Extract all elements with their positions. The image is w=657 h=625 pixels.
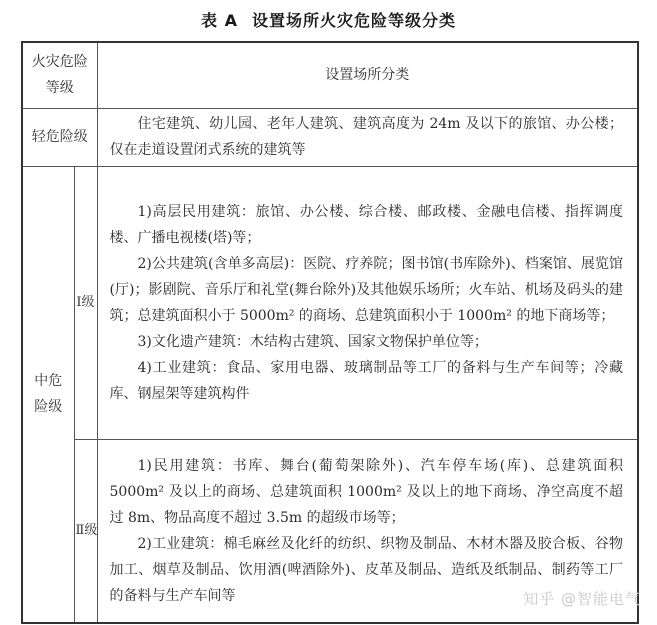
table-number: 表 A [201, 11, 238, 30]
level-light: 轻危险级 [22, 108, 97, 166]
table-row-light: 轻危险级 住宅建筑、幼儿园、老年人建筑、建筑高度为 24m 及以下的旅馆、办公楼… [22, 108, 638, 166]
grade-1: Ⅰ级 [74, 166, 97, 439]
header-level-line2: 等级 [24, 75, 96, 101]
level-medium: 中危 险级 [22, 166, 74, 623]
content-text: 住宅建筑、幼儿园、老年人建筑、建筑高度为 24m 及以下的旅馆、办公楼；仅在走道… [110, 111, 624, 163]
grade-1-label: Ⅰ级 [76, 295, 94, 310]
table-caption: 表 A设置场所火灾危险等级分类 [0, 8, 657, 31]
table-row-medium-1: 中危 险级 Ⅰ级 1)高层民用建筑：旅馆、办公楼、综合楼、邮政楼、金融电信楼、指… [22, 166, 638, 439]
content-light: 住宅建筑、幼儿园、老年人建筑、建筑高度为 24m 及以下的旅馆、办公楼；仅在走道… [97, 108, 638, 166]
list-item: 3)文化遗产建筑：木结构古建筑、国家文物保护单位等； [110, 329, 624, 355]
list-item: 1)民用建筑：书库、舞台(葡萄架除外)、汽车停车场(库)、总建筑面积 5000m… [110, 453, 624, 531]
table-title: 设置场所火灾危险等级分类 [252, 11, 456, 30]
watermark: 知乎 @智能电气 [523, 588, 641, 609]
level-medium-line2: 险级 [24, 394, 73, 420]
content-grade-1: 1)高层民用建筑：旅馆、办公楼、综合楼、邮政楼、金融电信楼、指挥调度楼、广播电视… [97, 166, 638, 439]
header-level-cell: 火灾危险 等级 [22, 42, 97, 108]
fire-hazard-classification-table: 火灾危险 等级 设置场所分类 轻危险级 住宅建筑、幼儿园、老年人建筑、建筑高度为… [21, 41, 639, 624]
list-item: 1)高层民用建筑：旅馆、办公楼、综合楼、邮政楼、金融电信楼、指挥调度楼、广播电视… [110, 199, 624, 251]
header-level-line1: 火灾危险 [24, 49, 96, 75]
list-item: 2)公共建筑(含单多高层)：医院、疗养院；图书馆(书库除外)、档案馆、展览馆(厅… [110, 251, 624, 329]
header-row: 火灾危险 等级 设置场所分类 [22, 42, 638, 108]
level-medium-line1: 中危 [24, 368, 73, 394]
header-content-cell: 设置场所分类 [97, 42, 638, 108]
grade-2: Ⅱ级 [74, 439, 97, 623]
list-item: 4)工业建筑：食品、家用电器、玻璃制品等工厂的备料与生产车间等；冷藏库、钢屋架等… [110, 355, 624, 407]
grade-2-label: Ⅱ级 [76, 523, 98, 538]
